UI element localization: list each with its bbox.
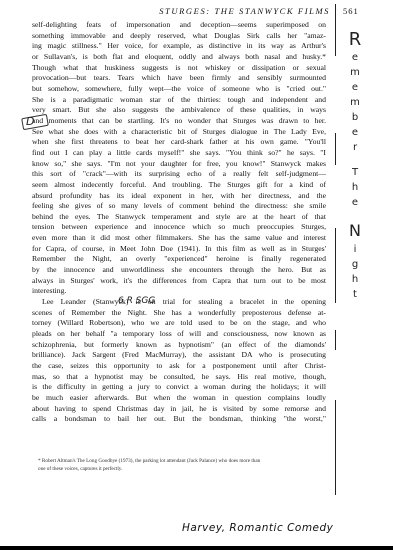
text-line: be much easier afterwards. But when the … <box>32 393 326 404</box>
margin-rule-mid <box>335 133 336 165</box>
text-line: torney (Willard Robertson), who we are t… <box>32 318 326 329</box>
text-line: for Capra, of course, in Meet John Doe (… <box>32 244 326 255</box>
text-line: always in Sturges' work, it's the differ… <box>32 276 326 287</box>
text-line: See what she does with a characteristic … <box>32 127 326 138</box>
margin-letter: T <box>352 165 358 180</box>
text-line: provocation—but tears. Tears which have … <box>32 73 326 84</box>
handwritten-margin-vertical: R e m e m b e r T h e N i g h t <box>340 30 370 302</box>
margin-letter: i <box>354 242 357 257</box>
text-line: Lee Leander (Stanwyck) is on trial for s… <box>32 297 326 308</box>
text-line: by the innocence and unworldliness she e… <box>32 265 326 276</box>
margin-letter: m <box>350 95 360 110</box>
page-number: 561 <box>343 6 359 16</box>
margin-letter: h <box>352 272 358 287</box>
text-line: is the difficulty in getting a jury to c… <box>32 382 326 393</box>
margin-letter: b <box>352 110 358 125</box>
text-line: very smart. But she also suggests the am… <box>32 105 326 116</box>
text-line: scenes of Remember the Night. She has a … <box>32 308 326 319</box>
margin-rule-mid2 <box>335 228 336 303</box>
text-line: but somehow, somewhere, fully wept—the v… <box>32 84 326 95</box>
text-line: self-delighting feats of impersonation a… <box>32 20 326 31</box>
margin-letter: e <box>352 125 358 140</box>
text-line: even more than it did most other filmmak… <box>32 233 326 244</box>
text-line: interesting. <box>32 286 326 297</box>
text-line: tension between experience and innocence… <box>32 222 326 233</box>
scan-bottom-bar <box>0 546 393 550</box>
margin-rule-bottom <box>335 400 336 495</box>
margin-letter: e <box>352 50 358 65</box>
margin-letter: e <box>352 195 358 210</box>
footnote: * Robert Altman's The Long Goodbye (1973… <box>38 457 328 473</box>
margin-letter: r <box>353 140 357 155</box>
text-line: schizophrenia, but formerly known as hyp… <box>32 340 326 351</box>
text-line: this sort of "crack"—with its surprising… <box>32 169 326 180</box>
text-line: mas, so that a hypnotist may be consulte… <box>32 372 326 383</box>
body-text: self-delighting feats of impersonation a… <box>32 20 326 425</box>
text-line: the case, seizes this opportunity to ask… <box>32 361 326 372</box>
text-line: find out I can play a little cards mysel… <box>32 148 326 159</box>
text-line: seem almost indecently forceful. And tro… <box>32 180 326 191</box>
margin-letter: N <box>349 220 361 242</box>
text-line: pleads on her behalf "a temporary loss o… <box>32 329 326 340</box>
handwritten-inline-mark: 6 R SGG <box>118 296 155 306</box>
margin-letter: m <box>350 65 360 80</box>
text-line: or Sullavan's, is both flat and eloquent… <box>32 52 326 63</box>
text-line: absurd profundity has its ideal exponent… <box>32 191 326 202</box>
margin-rule-top <box>335 4 336 56</box>
margin-letter: g <box>352 257 358 272</box>
text-line: and moments that can be startling. It's … <box>32 116 326 127</box>
text-line: Though what that huskiness suggests is n… <box>32 63 326 74</box>
text-line: feeling she gives of so many levels of c… <box>32 201 326 212</box>
text-line: when she first threatens to beat her car… <box>32 137 326 148</box>
text-line: something immovable and deeply reserved,… <box>32 31 326 42</box>
handwritten-signature: Harvey, Romantic Comedy <box>182 522 333 534</box>
running-head: STURGES: THE STANWYCK FILMS <box>140 6 330 16</box>
text-line: She is a paradigmatic woman star of the … <box>32 95 326 106</box>
footnote-line: * Robert Altman's The Long Goodbye (1973… <box>38 457 328 465</box>
text-line: calls a bondsman to bail her out. But th… <box>32 414 326 425</box>
footnote-line: one of these voices, captures it perfect… <box>38 465 328 473</box>
margin-letter: R <box>349 30 362 50</box>
margin-letter: h <box>352 180 358 195</box>
handwritten-margin-mark: D <box>26 115 34 128</box>
text-line: behind the eyes. The Stanwyck temperamen… <box>32 212 326 223</box>
text-line: brilliance). Jack Sargent (Fred MacMurra… <box>32 350 326 361</box>
text-line: know so," she says. "I'm not your daught… <box>32 159 326 170</box>
margin-rule-low <box>335 330 336 350</box>
margin-letter: t <box>353 287 357 302</box>
text-line: about having to spend Christmas day in j… <box>32 404 326 415</box>
margin-letter: e <box>352 80 358 95</box>
text-line: Remember the Night, an overly "experienc… <box>32 254 326 265</box>
text-line: ing magic stillness." Her voice, for exa… <box>32 41 326 52</box>
